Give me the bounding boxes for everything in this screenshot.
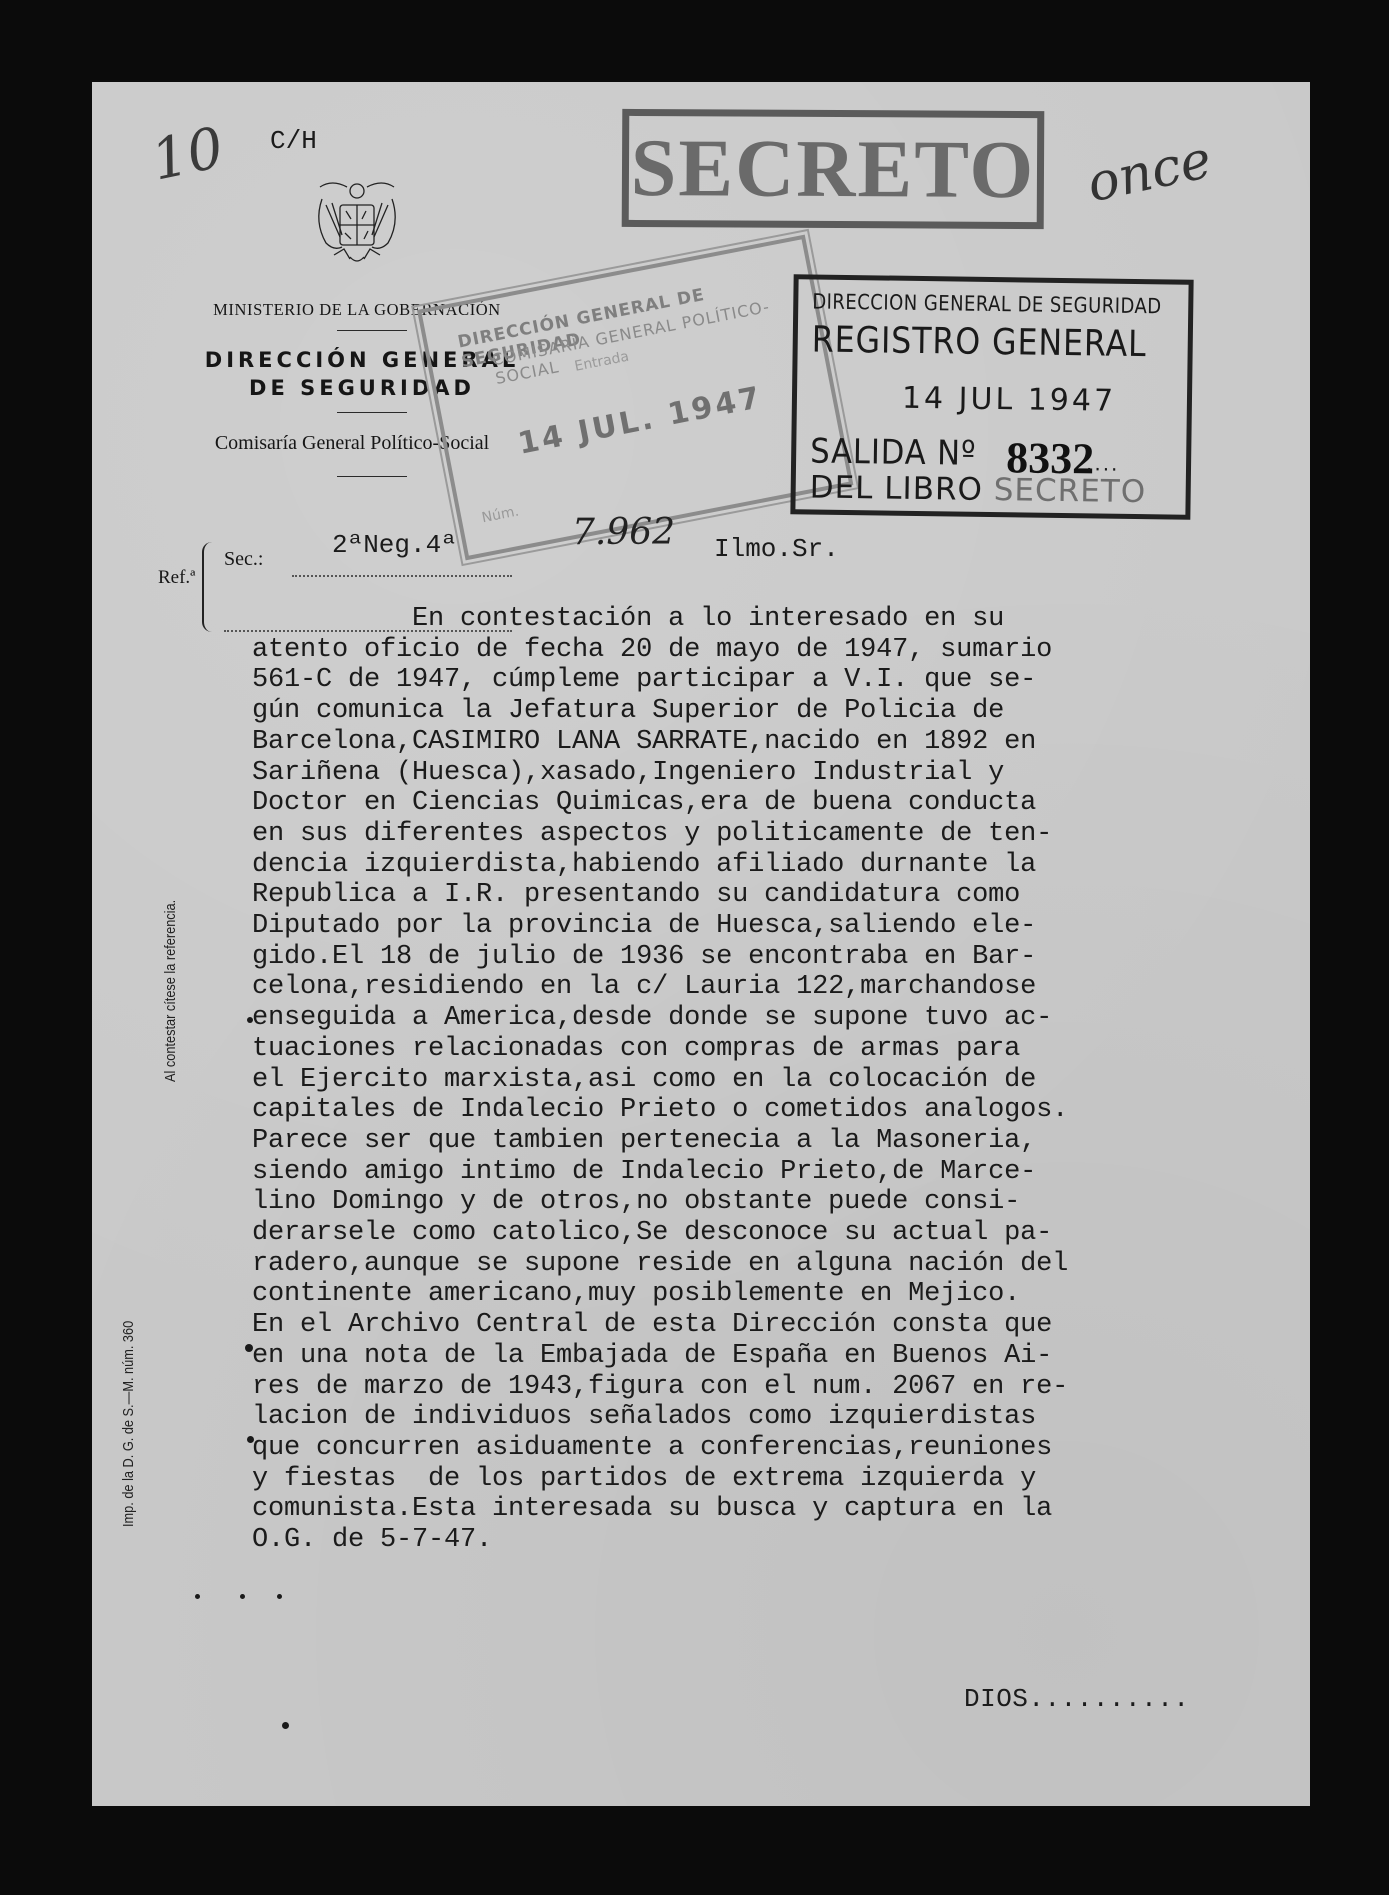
body-line: Republica a I.R. presentando su candidat…: [252, 880, 1312, 911]
salutation: Ilmo.Sr.: [714, 534, 839, 564]
body-line: radero,aunque se supone reside en alguna…: [252, 1249, 1312, 1280]
body-line: derarsele como catolico,Se desconoce su …: [252, 1218, 1312, 1249]
body-line: gún comunica la Jefatura Superior de Pol…: [252, 696, 1312, 727]
stamp-number-label: Núm.: [480, 503, 520, 526]
body-line: Barcelona,CASIMIRO LANA SARRATE,nacido e…: [252, 727, 1312, 758]
margin-note-print: Imp. de la D. G. de S.—M. núm. 360: [120, 1321, 137, 1527]
body-line: lino Domingo y de otros,no obstante pued…: [252, 1187, 1312, 1218]
body-line: En el Archivo Central de esta Dirección …: [252, 1310, 1312, 1341]
ink-spot: [247, 1436, 254, 1443]
body-line: Sariñena (Huesca),xasado,Ingeniero Indus…: [252, 758, 1312, 789]
body-line: 561-C de 1947, cúmpleme participar a V.I…: [252, 665, 1312, 696]
body-line: siendo amigo intimo de Indalecio Prieto,…: [252, 1157, 1312, 1188]
divider: [337, 330, 407, 331]
stamp-dots: ....: [1086, 451, 1120, 475]
ink-spot: [247, 1017, 253, 1023]
section-label: Sec.:: [224, 548, 263, 571]
reference-brace: [202, 542, 218, 632]
body-line: Doctor en Ciencias Quimicas,era de buena…: [252, 788, 1312, 819]
handwritten-mark: 10: [146, 115, 229, 193]
reference-label: Ref.ª: [158, 567, 195, 589]
secreto-stamp-text: SECRETO: [631, 121, 1036, 217]
ink-spot: [195, 1594, 200, 1599]
body-line: en sus diferentes aspectos y politicamen…: [252, 819, 1312, 850]
stamp-line: REGISTRO GENERAL: [811, 319, 1146, 365]
ink-spot: [240, 1594, 245, 1599]
handwritten-annotation: once: [1082, 130, 1216, 215]
stamp-exit-label: SALIDA Nº: [810, 431, 977, 473]
divider: [337, 412, 407, 413]
ink-spot: [282, 1722, 289, 1729]
body-line: dencia izquierdista,habiendo afiliado du…: [252, 850, 1312, 881]
body-line: En contestación a lo interesado en su: [252, 604, 1312, 635]
body-line: capitales de Indalecio Prieto o cometido…: [252, 1095, 1312, 1126]
body-line: en una nota de la Embajada de España en …: [252, 1341, 1312, 1372]
coat-of-arms-icon: [312, 177, 402, 272]
body-line: y fiestas de los partidos de extrema izq…: [252, 1464, 1312, 1495]
dotted-line: [292, 575, 512, 577]
divider: [337, 476, 407, 477]
body-line: tuaciones relacionadas con compras de ar…: [252, 1034, 1312, 1065]
ink-spot: [245, 1344, 253, 1352]
body-line: continente americano,muy posiblemente en…: [252, 1279, 1312, 1310]
body-line: atento oficio de fecha 20 de mayo de 194…: [252, 635, 1312, 666]
body-line: lacion de individuos señalados como izqu…: [252, 1402, 1312, 1433]
body-line: res de marzo de 1943,figura con el num. …: [252, 1372, 1312, 1403]
closing: DIOS..........: [964, 1684, 1189, 1714]
registro-general-stamp: DIRECCION GENERAL DE SEGURIDAD REGISTRO …: [790, 274, 1193, 520]
stamp-date: 14 JUL 1947: [902, 381, 1117, 419]
letter-body: En contestación a lo interesado en suate…: [252, 604, 1312, 1556]
body-line: celona,residiendo en la c/ Lauria 122,ma…: [252, 972, 1312, 1003]
body-line: Parece ser que tambien pertenecia a la M…: [252, 1126, 1312, 1157]
body-line: enseguida a America,desde donde se supon…: [252, 1003, 1312, 1034]
section-value: 2ªNeg.4ª: [332, 530, 457, 560]
handwritten-entry-number: 7.962: [572, 512, 675, 553]
body-line: el Ejercito marxista,asi como en la colo…: [252, 1065, 1312, 1096]
document-page: 10 C/H SECRETO once MINISTERIO DE LA GOB…: [92, 82, 1310, 1806]
ink-spot: [277, 1594, 282, 1599]
stamp-line: DIRECCION GENERAL DE SEGURIDAD: [812, 289, 1162, 318]
body-line: O.G. de 5-7-47.: [252, 1525, 1312, 1556]
stamp-book-label: DEL LIBRO SECRETO: [809, 469, 1146, 510]
secreto-stamp: SECRETO: [622, 109, 1045, 229]
body-line: gido.El 18 de julio de 1936 se encontrab…: [252, 942, 1312, 973]
body-line: Diputado por la provincia de Huesca,sali…: [252, 911, 1312, 942]
margin-note-reference: Al contestar cítese la referencia.: [162, 900, 179, 1082]
stamp-date: 14 JUL. 1947: [515, 380, 765, 462]
file-code: C/H: [270, 126, 317, 156]
body-line: comunista.Esta interesada su busca y cap…: [252, 1494, 1312, 1525]
body-line: que concurren asiduamente a conferencias…: [252, 1433, 1312, 1464]
